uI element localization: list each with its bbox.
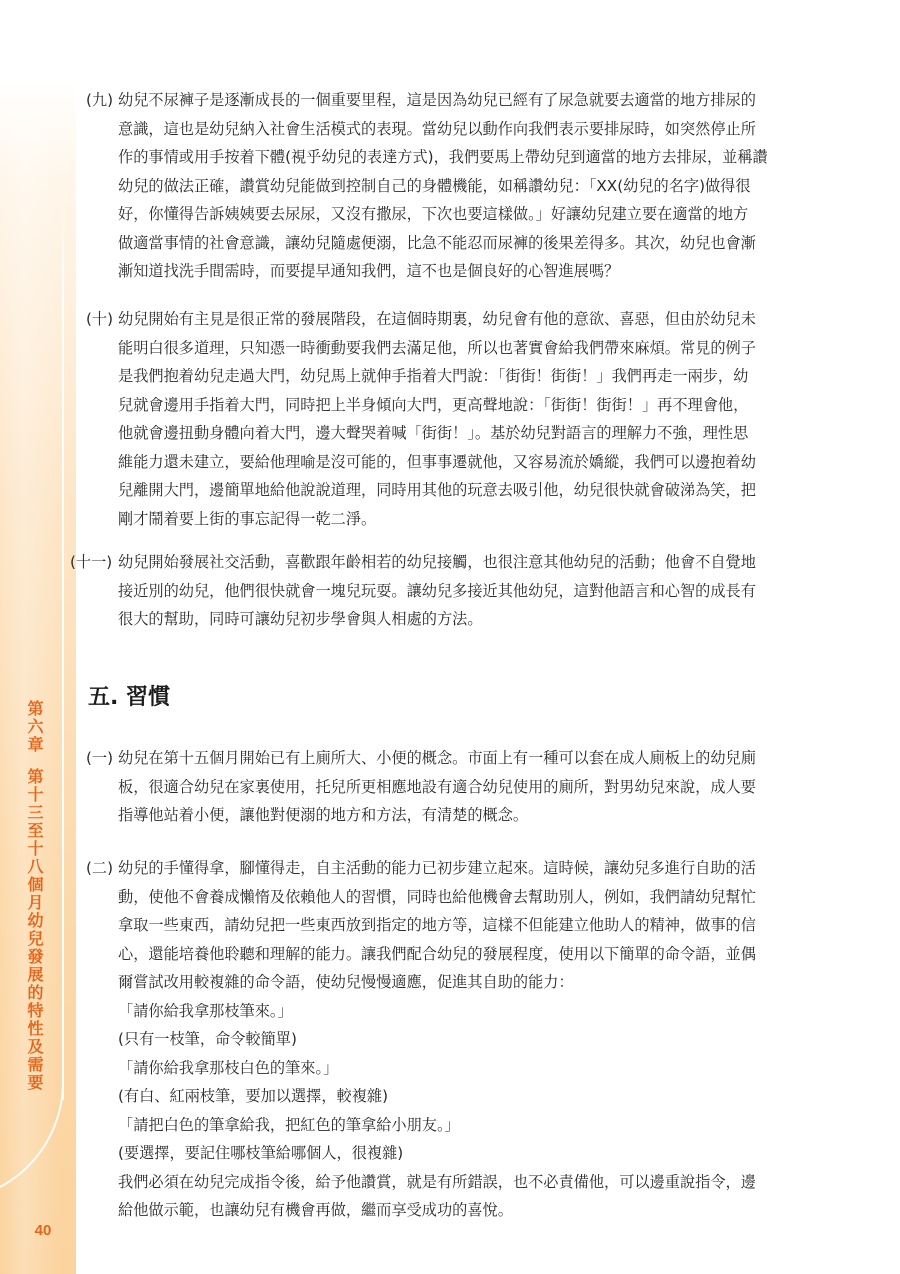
- text-line: 板，很適合幼兒在家裏使用，托兒所更相應地設有適合幼兒使用的廁所，對男幼兒來說，成…: [118, 773, 818, 802]
- text-line: 幼兒的手懂得拿，腳懂得走，自主活動的能力已初步建立起來。這時候，讓幼兒多進行自助…: [118, 854, 818, 883]
- text-line: 動，使他不會養成懶惰及依賴他人的習慣，同時也給他機會去幫助別人，例如，我們請幼兒…: [118, 883, 818, 912]
- text-line: 拿取一些東西，請幼兒把一些東西放到指定的地方等，這樣不但能建立他助人的精神，做事…: [118, 911, 818, 940]
- item-marker: (十): [86, 305, 113, 334]
- text-line: 幼兒不尿褲子是逐漸成長的一個重要里程，這是因為幼兒已經有了尿急就要去適當的地方排…: [118, 86, 818, 115]
- chapter-running-header: 第六章第十三至十八個月幼兒發展的特性及需要: [23, 700, 45, 1092]
- text-line: 他就會邊扭動身體向着大門，邊大聲哭着喊「街街！」。基於幼兒對語言的理解力不強，理…: [118, 419, 818, 448]
- list-item-10: (十) 幼兒開始有主見是很正常的發展階段，在這個時期裏，幼兒會有他的意欲、喜惡，…: [118, 305, 818, 533]
- text-line: 作的事情或用手按着下體(視乎幼兒的表達方式)，我們要馬上帶幼兒到適當的地方去排尿…: [118, 143, 818, 172]
- item-marker: (一): [86, 744, 113, 773]
- text-line: 剛才鬧着要上街的事忘記得一乾二淨。: [118, 505, 818, 534]
- text-line: 心，還能培養他聆聽和理解的能力。讓我們配合幼兒的發展程度，使用以下簡單的命令語，…: [118, 940, 818, 969]
- text-line: 爾嘗試改用較複雜的命令語，使幼兒慢慢適應，促進其自助的能力：: [118, 968, 818, 997]
- text-line: 好，你懂得告訴姨姨要去尿尿，又沒有撒尿，下次也要這樣做。」好讓幼兒建立要在適當的…: [118, 200, 818, 229]
- text-line: 很大的幫助，同時可讓幼兒初步學會與人相處的方法。: [118, 605, 818, 634]
- text-line: 兒就會邊用手指着大門，同時把上半身傾向大門，更高聲地說：「街街！街街！」再不理會…: [118, 391, 818, 420]
- text-line: 是我們抱着幼兒走過大門，幼兒馬上就伸手指着大門說：「街街！街街！」我們再走一兩步…: [118, 362, 818, 391]
- text-line: 幼兒開始有主見是很正常的發展階段，在這個時期裏，幼兒會有他的意欲、喜惡，但由於幼…: [118, 305, 818, 334]
- text-line: 幼兒在第十五個月開始已有上廁所大、小便的概念。市面上有一種可以套在成人廁板上的幼…: [118, 744, 818, 773]
- text-line: 意識，這也是幼兒納入社會生活模式的表現。當幼兒以動作向我們表示要排尿時，如突然停…: [118, 115, 818, 144]
- example-command: 「請你給我拿那枝白色的筆來。」: [118, 1054, 818, 1083]
- list-item-1: (一) 幼兒在第十五個月開始已有上廁所大、小便的概念。市面上有一種可以套在成人廁…: [118, 744, 818, 830]
- text-line: 做適當事情的社會意識，讓幼兒隨處便溺，比急不能忍而尿褲的後果差得多。其次，幼兒也…: [118, 229, 818, 258]
- chapter-sidebar: 第六章第十三至十八個月幼兒發展的特性及需要 40: [0, 0, 76, 1274]
- list-item-2: (二) 幼兒的手懂得拿，腳懂得走，自主活動的能力已初步建立起來。這時候，讓幼兒多…: [118, 854, 818, 1225]
- example-command: 「請你給我拿那枝筆來。」: [118, 997, 818, 1026]
- list-item-11: (十一) 幼兒開始發展社交活動，喜歡跟年齡相若的幼兒接觸，也很注意其他幼兒的活動…: [118, 548, 818, 634]
- item-marker: (十一): [70, 548, 112, 577]
- example-note: (要選擇，要記住哪枝筆給哪個人，很複雜): [118, 1139, 818, 1168]
- item-marker: (二): [86, 854, 113, 883]
- text-line: 接近別的幼兒，他們很快就會一塊兒玩耍。讓幼兒多接近其他幼兒，這對他語言和心智的成…: [118, 577, 818, 606]
- text-line: 給他做示範，也讓幼兒有機會再做，繼而享受成功的喜悅。: [118, 1196, 818, 1225]
- example-note: (只有一枝筆，命令較簡單): [118, 1025, 818, 1054]
- text-line: 維能力還未建立，要給他理喻是沒可能的，但事事遷就他，又容易流於嬌縱，我們可以邊抱…: [118, 448, 818, 477]
- chapter-label: 第六章: [25, 700, 44, 754]
- list-item-9: (九) 幼兒不尿褲子是逐漸成長的一個重要里程，這是因為幼兒已經有了尿急就要去適當…: [118, 86, 818, 286]
- text-line: 兒離開大門，邊簡單地給他說說道理，同時用其他的玩意去吸引他，幼兒很快就會破涕為笑…: [118, 476, 818, 505]
- page-number: 40: [0, 1222, 76, 1239]
- item-marker: (九): [86, 86, 113, 115]
- text-line: 我們必須在幼兒完成指令後，給予他讚賞，就是有所錯誤，也不必責備他，可以邊重說指令…: [118, 1168, 818, 1197]
- section-heading: 五. 習慣: [88, 680, 170, 711]
- example-command: 「請把白色的筆拿給我，把紅色的筆拿給小朋友。」: [118, 1111, 818, 1140]
- text-line: 能明白很多道理，只知憑一時衝動要我們去滿足他，所以也著實會給我們帶來麻煩。常見的…: [118, 334, 818, 363]
- text-line: 漸知道找洗手間需時，而要提早通知我們，這不也是個良好的心智進展嗎？: [118, 257, 818, 286]
- chapter-title: 第十三至十八個月幼兒發展的特性及需要: [25, 768, 44, 1092]
- example-note: (有白、紅兩枝筆，要加以選擇，較複雜): [118, 1082, 818, 1111]
- text-line: 指導他站着小便，讓他對便溺的地方和方法，有清楚的概念。: [118, 801, 818, 830]
- text-line: 幼兒的做法正確，讚賞幼兒能做到控制自己的身體機能，如稱讚幼兒：「XX(幼兒的名字…: [118, 172, 818, 201]
- text-line: 幼兒開始發展社交活動，喜歡跟年齡相若的幼兒接觸，也很注意其他幼兒的活動；他會不自…: [118, 548, 818, 577]
